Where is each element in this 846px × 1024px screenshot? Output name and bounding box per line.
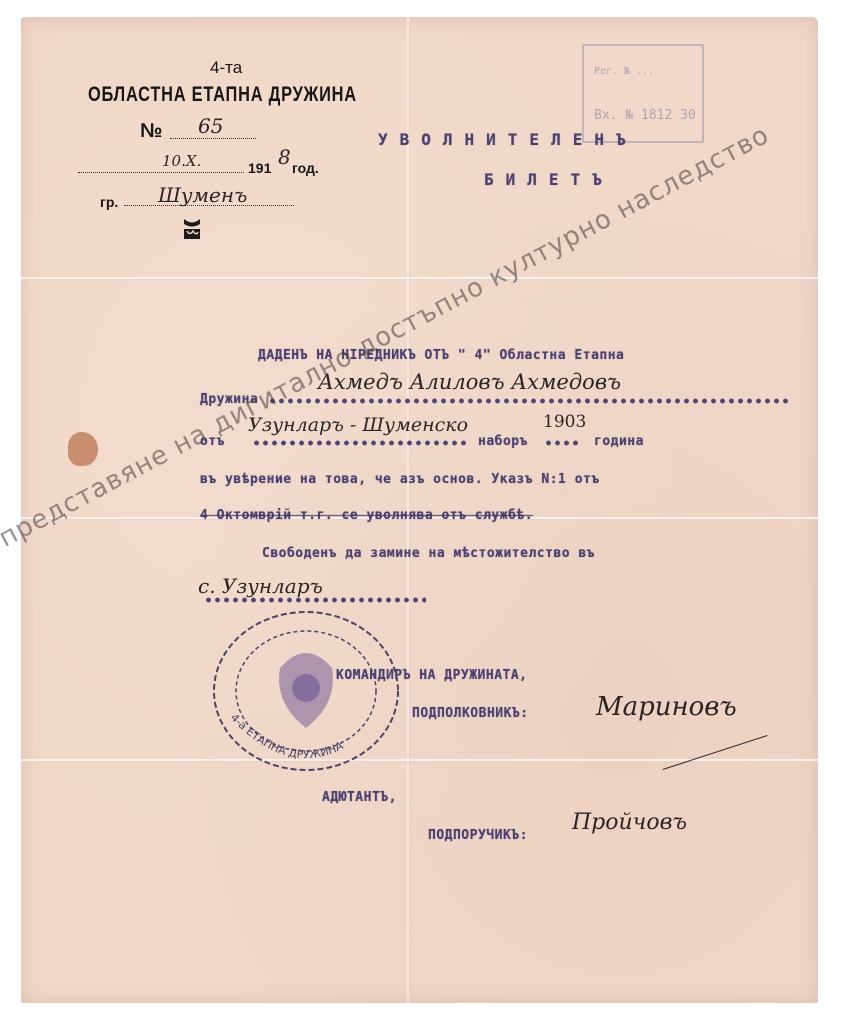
body-line-issued-to: ДАДЕНЪ НА НIРЕДНИКЪ ОТЪ " 4" Областна Ет… [258,348,624,363]
body-line-discharge-date: 4 Октомврiй т.г. се уволнява отъ службѣ. [200,508,533,523]
official-seal: 4-а ЕТАПНА ДРУЖИНА [210,608,402,774]
stain-mark [68,432,98,466]
number-dotted-line [170,138,256,139]
adjutant-signature: Пройчовъ [572,810,687,835]
body-label-conscription: наборъ [478,434,528,449]
body-label-year: година [594,434,644,449]
unit-name: ОБЛАСТНА ЕТАПНА ДРУЖИНА [88,83,357,107]
handwritten-city: Шуменъ [158,183,247,207]
dotted-fill-line [544,440,582,446]
registry-stamp: Рег. № ... Вх. № 1812 30 [582,44,704,143]
fold-crease [21,277,818,280]
city-label: гр. [100,194,118,210]
printer-mark-icon [182,217,202,241]
number-label: № [140,120,162,143]
fold-crease [21,759,818,762]
document-title-line1: УВОЛНИТЕЛЕНЪ [378,130,638,149]
seal-text: 4-а ЕТАПНА ДРУЖИНА [228,711,346,761]
year-label: год. [292,160,319,176]
handwritten-residence: с. Узунларъ [198,574,323,598]
body-label-druzhina: Дружина [200,392,258,407]
dotted-fill-line [252,440,468,446]
body-line-certification: въ увѣрение на това, че азъ основ. Указъ… [200,472,600,487]
body-line-free-to-leave: Свободенъ да замине на мѣстожителство въ [262,546,595,561]
registry-stamp-line: Вх. № 1812 30 [594,108,696,123]
adjutant-rank: ПОДПОРУЧИКЪ: [428,828,528,843]
unit-number: 4-та [210,58,242,78]
commander-rank: ПОДПОЛКОВНИКЪ: [412,706,529,721]
commander-label: КОМАНДИРЪ НА ДРУЖИНАТА, [336,668,528,683]
dotted-fill-line [268,398,790,404]
commander-signature: Мариновъ [596,692,737,722]
body-label-from: отъ [200,434,225,449]
year-prefix: 191 [248,160,271,176]
handwritten-date: 10.Х. [162,152,201,170]
handwritten-year-digit: 8 [278,145,291,169]
svg-text:4-а ЕТАПНА ДРУЖИНА: 4-а ЕТАПНА ДРУЖИНА [228,711,346,761]
registry-stamp-line: Рег. № ... [594,66,654,77]
document-title-line2: БИЛЕТЪ [484,170,614,189]
adjutant-label: АДЮТАНТЪ, [322,790,397,805]
handwritten-origin: Узунларъ - Шуменско [248,414,468,436]
date-dotted-line [78,172,244,173]
handwritten-number: 65 [198,114,223,138]
handwritten-conscription-year: 1903 [543,412,586,432]
handwritten-soldier-name: Ахмедъ Алиловъ Ахмедовъ [318,370,621,394]
